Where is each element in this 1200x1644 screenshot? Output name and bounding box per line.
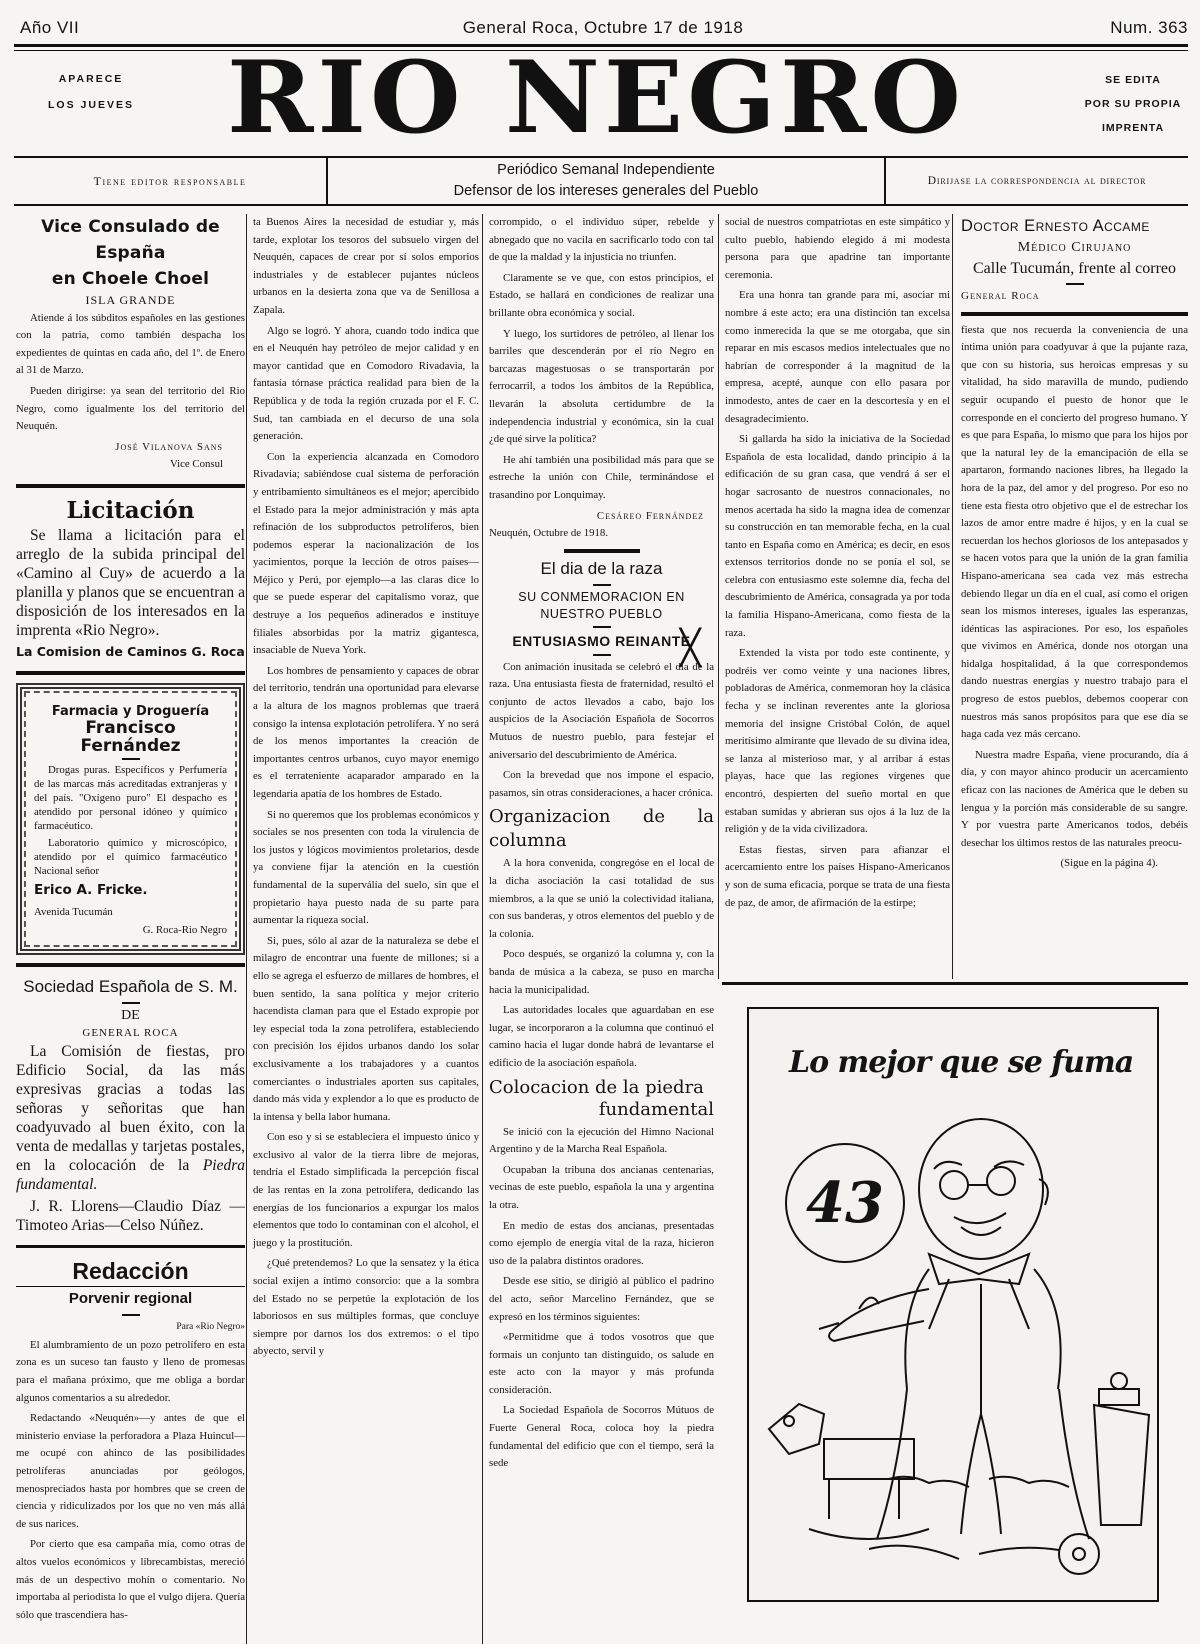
subheader-band: Tiene editor responsable Periódico Seman… (14, 156, 1188, 206)
paragraph: Drogas puras. Específicos y Perfumería d… (34, 763, 227, 833)
issue-number: Num. 363 (1110, 18, 1188, 38)
paragraph: Estas fiestas, sirven para afianzar el a… (725, 842, 950, 912)
publication-schedule: APARECE LOS JUEVES (26, 66, 156, 118)
printing-line-1: SE EDITA (1078, 68, 1188, 92)
pharmacy-city: G. Roca-Rio Negro (34, 922, 227, 940)
paragraph: «Permitidme que á todos vosotros que que… (489, 1329, 714, 1399)
paragraph: Con eso y si se estableciera el impuesto… (253, 1129, 479, 1252)
article-headline: El dia de la raza (489, 557, 714, 581)
newspaper-page: Año VII General Roca, Octubre 17 de 1918… (0, 0, 1200, 1644)
paragraph: corrompido, o el individuo súper, rebeld… (489, 214, 714, 267)
divider (122, 758, 140, 760)
paragraph: Laboratorio químico y microscópico, aten… (34, 836, 227, 878)
cigarette-advertisement: Lo mejor que se fuma 43 (747, 1007, 1159, 1602)
doctor-address: Calle Tucumán, frente al correo (961, 258, 1188, 280)
divider (1066, 283, 1084, 285)
paragraph: El alumbramiento de un pozo petrolífero … (16, 1337, 245, 1407)
printing-note: SE EDITA POR SU PROPIA IMPRENTA (1078, 68, 1188, 140)
divider (593, 584, 611, 586)
divider (16, 1245, 245, 1248)
paragraph: Si no queremos que los problemas económi… (253, 807, 479, 930)
editor-note: Tiene editor responsable (14, 158, 326, 204)
paragraph: Redactando «Neuquén»—y antes de que el m… (16, 1410, 245, 1533)
paragraph: Los hombres de pensamiento y capaces de … (253, 663, 479, 804)
tagline-line-1: Periódico Semanal Independiente (497, 160, 715, 181)
paragraph: Por cierto que esa campaña mía, como otr… (16, 1536, 245, 1624)
divider (122, 1002, 140, 1004)
signature: José Vilanova Sans (16, 439, 245, 457)
paragraph: La Sociedad Española de Socorros Mútuos … (489, 1402, 714, 1472)
paragraph: Pueden dirigirse: ya sean del territorio… (16, 383, 245, 436)
paragraph: Era una honra tan grande para mi, asocia… (725, 287, 950, 428)
top-line: Año VII General Roca, Octubre 17 de 1918… (18, 18, 1188, 40)
vice-consulado-title: Vice Consulado de España (16, 214, 245, 266)
column-5: Doctor Ernesto Accame Médico Cirujano Ca… (952, 214, 1188, 979)
paragraph: Las autoridades locales que aguardaban e… (489, 1002, 714, 1072)
correspondence-note: Dirijase la correspondencia al director (886, 158, 1188, 204)
doctor-name: Doctor Ernesto Accame (961, 214, 1188, 238)
paragraph: Se inició con la ejecución del Himno Nac… (489, 1124, 714, 1159)
chemist-name: Erico A. Fricke. (34, 882, 227, 900)
pharmacy-owner: Francisco Fernández (34, 720, 227, 755)
article-headline: Porvenir regional (16, 1287, 245, 1311)
sociedad-body: La Comisión de fiestas, pro Edificio Soc… (16, 1043, 245, 1174)
printing-line-3: IMPRENTA (1078, 116, 1188, 140)
paragraph: fiesta que nos recuerda la conveniencia … (961, 322, 1188, 744)
licitacion-body: Se llama a licitación para el arreglo de… (16, 526, 245, 640)
tagline-line-2: Defensor de los intereses generales del … (454, 181, 759, 202)
vice-consulado-location: en Choele Choel (16, 266, 245, 292)
vice-consulado-subtitle: ISLA GRANDE (16, 292, 245, 310)
sociedad-title: Sociedad Española de S. M. (16, 975, 245, 999)
doctor-city: General Roca (961, 288, 1188, 306)
licitacion-signature: La Comision de Caminos G. Roca (16, 643, 245, 661)
paragraph: ta Buenos Aires la necesidad de estudiar… (253, 214, 479, 320)
paragraph: En medio de estas dos ancianas, presenta… (489, 1218, 714, 1271)
divider (722, 982, 1188, 985)
paragraph: Y luego, los surtidores de petróleo, al … (489, 326, 714, 449)
paragraph: Si, pues, sólo al azar de la naturaleza … (253, 933, 479, 1127)
signature: Cesáreo Fernández (489, 508, 714, 526)
divider (16, 671, 245, 675)
pharmacy-address: Avenida Tucumán (34, 904, 227, 922)
divider (593, 654, 611, 656)
printing-line-2: POR SU PROPIA (1078, 92, 1188, 116)
sociedad-notice: Sociedad Española de S. M. DE GENERAL RO… (16, 975, 245, 1235)
tagline: Periódico Semanal Independiente Defensor… (326, 158, 886, 204)
dateline: General Roca, Octubre 17 de 1918 (18, 18, 1188, 38)
column-3: corrompido, o el individuo súper, rebeld… (482, 214, 714, 1644)
doctor-title: Médico Cirujano (961, 238, 1188, 258)
signature-place: Neuquén, Octubre de 1918. (489, 525, 714, 543)
article-subheadline: SU CONMEMORACION EN NUESTRO PUEBLO (489, 589, 714, 623)
handwritten-x-mark: ╳ (680, 628, 700, 668)
divider (16, 484, 245, 488)
sociedad-place: GENERAL ROCA (16, 1025, 245, 1043)
paragraph: Atiende á los súbditos españoles en las … (16, 310, 245, 380)
doctor-advertisement: Doctor Ernesto Accame Médico Cirujano Ca… (961, 214, 1188, 306)
licitacion-title: Licitación (16, 496, 245, 526)
paragraph: He ahí también una posibilidad más para … (489, 452, 714, 505)
divider (16, 963, 245, 967)
gaucho-illustration (749, 1009, 1161, 1604)
newspaper-title: RIO NEGRO (154, 49, 1038, 148)
dia-de-la-raza-article: El dia de la raza SU CONMEMORACION EN NU… (489, 557, 714, 1473)
section-heading: Colocacion de la piedra (489, 1076, 714, 1100)
paragraph: social de nuestros compatriotas en este … (725, 214, 950, 284)
paragraph: Desde ese sitio, se dirigió al público e… (489, 1273, 714, 1326)
section-heading-continued: fundamental (489, 1098, 714, 1122)
schedule-line-1: APARECE (26, 66, 156, 92)
paragraph: Con la brevedad que nos impone el espaci… (489, 767, 714, 802)
paragraph: A la hora convenida, congregóse en el lo… (489, 855, 714, 943)
byline: Para «Rio Negro» (16, 1319, 245, 1337)
divider (961, 312, 1188, 316)
column-1: Vice Consulado de España en Choele Choel… (16, 214, 245, 1644)
licitacion-notice: Licitación Se llama a licitación para el… (16, 496, 245, 661)
sociedad-signatures: J. R. Llorens—Claudio Díaz —Timoteo Aria… (16, 1197, 245, 1235)
divider (564, 549, 640, 553)
paragraph: Extended la vista por todo este continen… (725, 645, 950, 839)
paragraph: Claramente se ve que, con estos principi… (489, 270, 714, 323)
redaccion-article: Redacción Porvenir regional Para «Rio Ne… (16, 1256, 245, 1624)
paragraph: Algo se logró. Y ahora, cuando todo indi… (253, 323, 479, 446)
paragraph: Nuestra madre España, viene procurando, … (961, 747, 1188, 853)
divider (593, 626, 611, 628)
redaccion-title: Redacción (16, 1256, 245, 1287)
continued-note: (Sigue en la página 4). (961, 855, 1188, 873)
signature-role: Vice Consul (16, 456, 245, 474)
column-2: ta Buenos Aires la necesidad de estudiar… (246, 214, 479, 1644)
paragraph: Poco después, se organizó la columna y, … (489, 946, 714, 999)
paragraph: Si gallarda ha sido la iniciativa de la … (725, 431, 950, 642)
column-4: social de nuestros compatriotas en este … (718, 214, 950, 979)
vice-consulado-notice: Vice Consulado de España en Choele Choel… (16, 214, 245, 474)
section-heading: Organizacion de la columna (489, 805, 714, 853)
pharmacy-advertisement: Farmacia y Droguería Francisco Fernández… (16, 683, 245, 956)
sociedad-de: DE (16, 1007, 245, 1025)
paragraph: Ocupaban la tribuna dos ancianas centena… (489, 1162, 714, 1215)
paragraph: Con animación inusitada se celebró el di… (489, 659, 714, 765)
masthead: APARECE LOS JUEVES RIO NEGRO SE EDITA PO… (14, 52, 1188, 148)
schedule-line-2: LOS JUEVES (26, 92, 156, 118)
paragraph: ¿Qué pretendemos? Lo que la sensatez y l… (253, 1255, 479, 1361)
paragraph: Con la experiencia alcanzada en Comodoro… (253, 449, 479, 660)
divider (122, 1314, 140, 1316)
